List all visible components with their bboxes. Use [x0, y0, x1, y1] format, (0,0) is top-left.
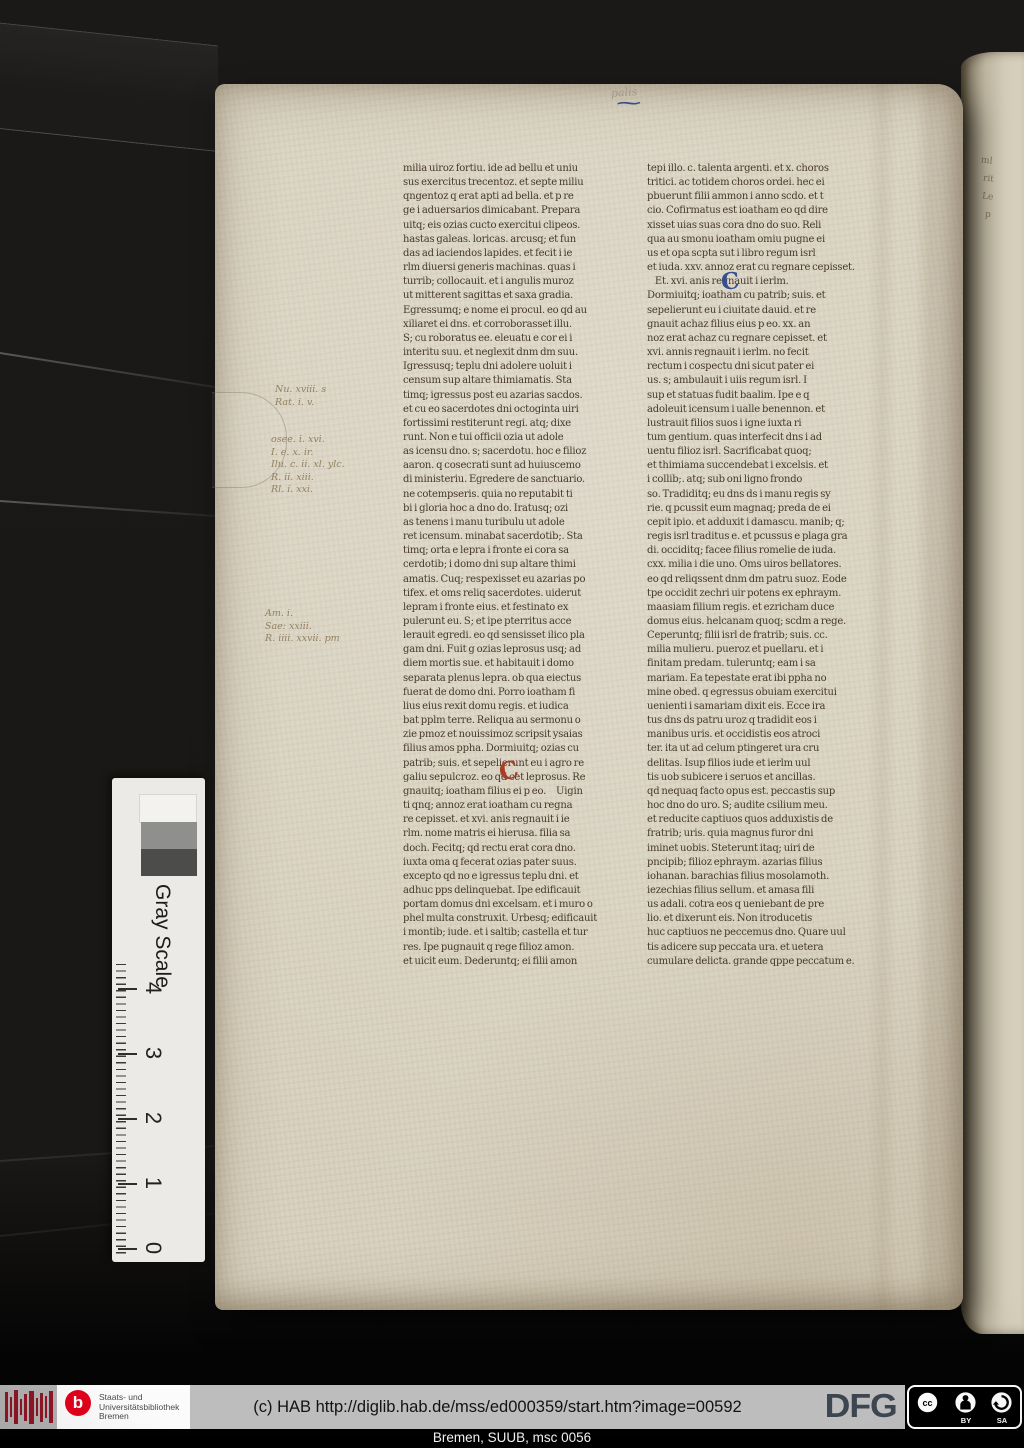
copyright-url-text: (c) HAB http://diglib.hab.de/mss/ed00035…	[190, 1385, 805, 1429]
ruler-number: 0	[140, 1236, 166, 1260]
footer-bar: b Staats- und Universitätsbibliothek Bre…	[0, 1385, 1024, 1429]
marginal-note: Nu. xviii. sRat. i. v.	[275, 384, 326, 409]
bremen-library-name: Staats- und Universitätsbibliothek Breme…	[99, 1393, 179, 1422]
calibration-patch-dark	[141, 849, 197, 876]
footer-gray-strip: (c) HAB http://diglib.hab.de/mss/ed00035…	[190, 1385, 905, 1429]
ruler-number: 1	[140, 1171, 166, 1195]
bremen-library-logo: b Staats- und Universitätsbibliothek Bre…	[57, 1385, 190, 1429]
hab-barcode-logo	[0, 1385, 57, 1429]
manuscript-page: palis ~ Nu. xviii. sRat. i. v. osee. i. …	[215, 84, 963, 1310]
ruler-number: 4	[140, 976, 166, 1000]
partial-text-fragment: rit	[982, 173, 994, 184]
partial-text-fragment: Le	[981, 191, 993, 202]
ruler-minor-ticks	[116, 964, 126, 1258]
reflection-streak	[0, 500, 229, 518]
digitized-manuscript-photo: ml rit Le p palis ~ Nu. xviii. sRat. i. …	[0, 0, 1024, 1448]
text-column-right: tepi illo. c. talenta argenti. et x. cho…	[647, 162, 895, 969]
cc-by-label: BY	[953, 1416, 979, 1425]
running-title-squiggle: ~	[498, 100, 762, 106]
running-title: ~	[575, 100, 685, 106]
blue-pen-initial: C	[720, 267, 741, 296]
marginal-note: Am. i.Sae: xxiii.R. iiii. xxvii. pm	[265, 608, 340, 646]
marginal-note: osee. i. xvi.I. e. x. ir.Ilu. c. ii. xl.…	[271, 434, 345, 497]
partial-text-fragment: ml	[980, 155, 993, 166]
cc-sa-arrow-icon	[989, 1390, 1014, 1415]
calibration-patch-white	[139, 794, 197, 823]
bremen-b-icon: b	[65, 1390, 91, 1416]
facing-page-edge: ml rit Le p	[961, 52, 1024, 1334]
gray-scale-card: Gray Scale 43210	[112, 778, 205, 1262]
text-column-left: milia uiroz fortiu. ide ad bellu et uniu…	[403, 162, 643, 969]
reflection-streak	[0, 352, 247, 393]
cc-sa-label: SA	[989, 1416, 1015, 1425]
cc-icon: cc	[915, 1390, 940, 1415]
partial-text-fragment: p	[984, 210, 991, 221]
plexiglass-strip-outline	[0, 19, 218, 159]
ruler-number: 3	[140, 1041, 166, 1065]
calibration-patch-gray	[141, 822, 197, 849]
bremen-line: Bremen	[99, 1412, 179, 1422]
page-fold-shadow	[915, 84, 945, 1310]
cc-by-sa-license-badge: cc BY SA	[907, 1385, 1022, 1429]
plexiglass-strip	[0, 0, 218, 220]
cc-by-person-icon	[953, 1390, 978, 1415]
ruler-number: 2	[140, 1106, 166, 1130]
shelfmark-caption: Bremen, SUUB, msc 0056	[0, 1430, 1024, 1445]
svg-text:cc: cc	[922, 1398, 932, 1408]
dfg-logo: DFG	[825, 1385, 897, 1429]
